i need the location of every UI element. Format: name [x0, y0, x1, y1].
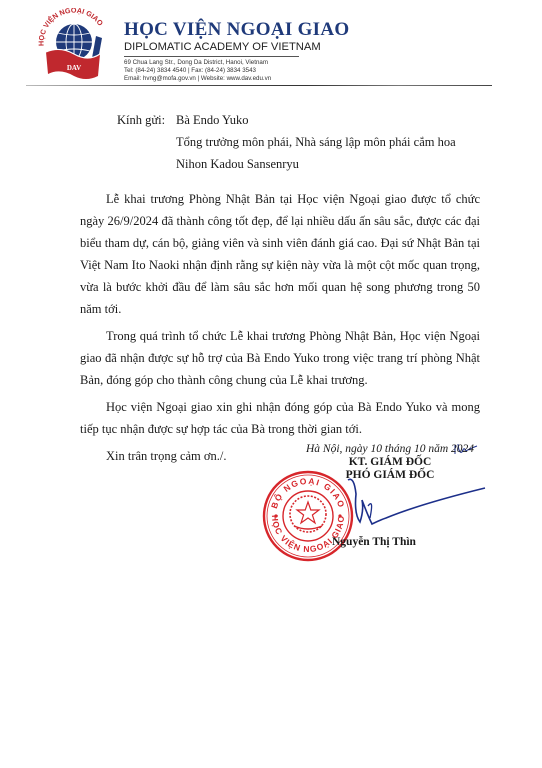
- recipient-title-1: Tổng trưởng môn phái, Nhà sáng lập môn p…: [176, 131, 456, 153]
- recipient-block: Kính gửi: Bà Endo Yuko Tổng trưởng môn p…: [117, 109, 456, 175]
- signer-title-2: PHÓ GIÁM ĐỐC: [280, 469, 500, 482]
- signer-title-1: KT. GIÁM ĐỐC: [280, 456, 500, 469]
- logo-badge-text: DAV: [67, 64, 81, 72]
- header-underline: [124, 56, 299, 57]
- letterhead: HỌC VIỆN NGOẠI GIAO DIPLOMATIC ACADEMY O…: [124, 20, 349, 83]
- svg-text:HỌC VIỆN NGOẠI GIAO: HỌC VIỆN NGOẠI GIAO: [270, 514, 346, 554]
- org-name-vn: HỌC VIỆN NGOẠI GIAO: [124, 20, 349, 40]
- signer-name: Nguyễn Thị Thìn: [332, 536, 416, 548]
- org-phone-fax: Tel: (84-24) 3834 4540 | Fax: (84-24) 38…: [124, 67, 349, 75]
- org-email-web: Email: hvng@mofa.gov.vn | Website: www.d…: [124, 75, 349, 83]
- body-paragraph: Học viện Ngoại giao xin ghi nhận đóng gó…: [80, 396, 480, 440]
- recipient-title-2: Nihon Kadou Sansenryu: [176, 153, 456, 175]
- body-paragraph: Lễ khai trương Phòng Nhật Bản tại Học vi…: [80, 188, 480, 320]
- recipient-label: Kính gửi:: [117, 109, 176, 131]
- signing-date: Hà Nội, ngày 10 tháng 10 năm 2024: [280, 442, 500, 456]
- recipient-name: Bà Endo Yuko: [176, 109, 248, 131]
- stamp-bottom-text: HỌC VIỆN NGOẠI GIAO: [270, 514, 346, 554]
- dav-logo: HỌC VIỆN NGOẠI GIAO DAV: [34, 8, 114, 84]
- org-name-en: DIPLOMATIC ACADEMY OF VIETNAM: [124, 41, 349, 54]
- body-paragraph: Trong quá trình tổ chức Lễ khai trương P…: [80, 325, 480, 391]
- header-divider: [26, 85, 492, 86]
- letter-body: Lễ khai trương Phòng Nhật Bản tại Học vi…: [80, 188, 480, 472]
- org-address: 69 Chua Lang Str., Dong Da District, Han…: [124, 59, 349, 67]
- signature-block: Hà Nội, ngày 10 tháng 10 năm 2024 KT. GI…: [280, 442, 500, 482]
